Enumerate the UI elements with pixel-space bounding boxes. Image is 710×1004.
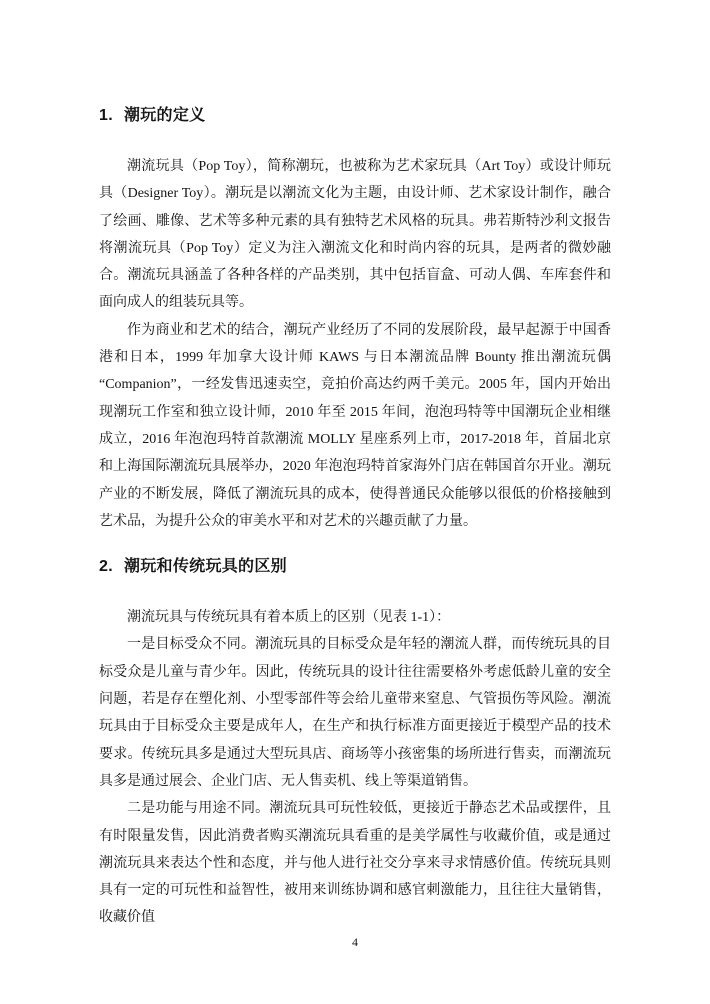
paragraph-industry-history: 作为商业和艺术的结合，潮玩产业经历了不同的发展阶段，最早起源于中国香港和日本，1…	[99, 317, 611, 535]
section-1-title: 潮玩的定义	[124, 107, 206, 124]
paragraph-function-usage: 二是功能与用途不同。潮流玩具可玩性较低，更接近于静态艺术品或摆件，且有时限量发售…	[99, 795, 611, 931]
section-1-heading: 1.潮玩的定义	[99, 104, 611, 128]
document-content: 1.潮玩的定义 潮流玩具（Pop Toy），简称潮玩，也被称为艺术家玩具（Art…	[99, 104, 611, 950]
document-page: 1.潮玩的定义 潮流玩具（Pop Toy），简称潮玩，也被称为艺术家玩具（Art…	[0, 0, 710, 1004]
section-2-number: 2.	[99, 555, 113, 579]
paragraph-definition-intro: 潮流玩具（Pop Toy），简称潮玩，也被称为艺术家玩具（Art Toy）或设计…	[99, 153, 611, 317]
section-1-number: 1.	[99, 104, 113, 128]
section-2-title: 潮玩和传统玩具的区别	[124, 558, 287, 575]
page-number: 4	[99, 935, 611, 950]
paragraph-difference-intro: 潮流玩具与传统玩具有着本质上的区别（见表 1-1）：	[99, 604, 611, 631]
section-2-heading: 2.潮玩和传统玩具的区别	[99, 555, 611, 579]
paragraph-target-audience: 一是目标受众不同。潮流玩具的目标受众是年轻的潮流人群，而传统玩具的目标受众是儿童…	[99, 631, 611, 795]
